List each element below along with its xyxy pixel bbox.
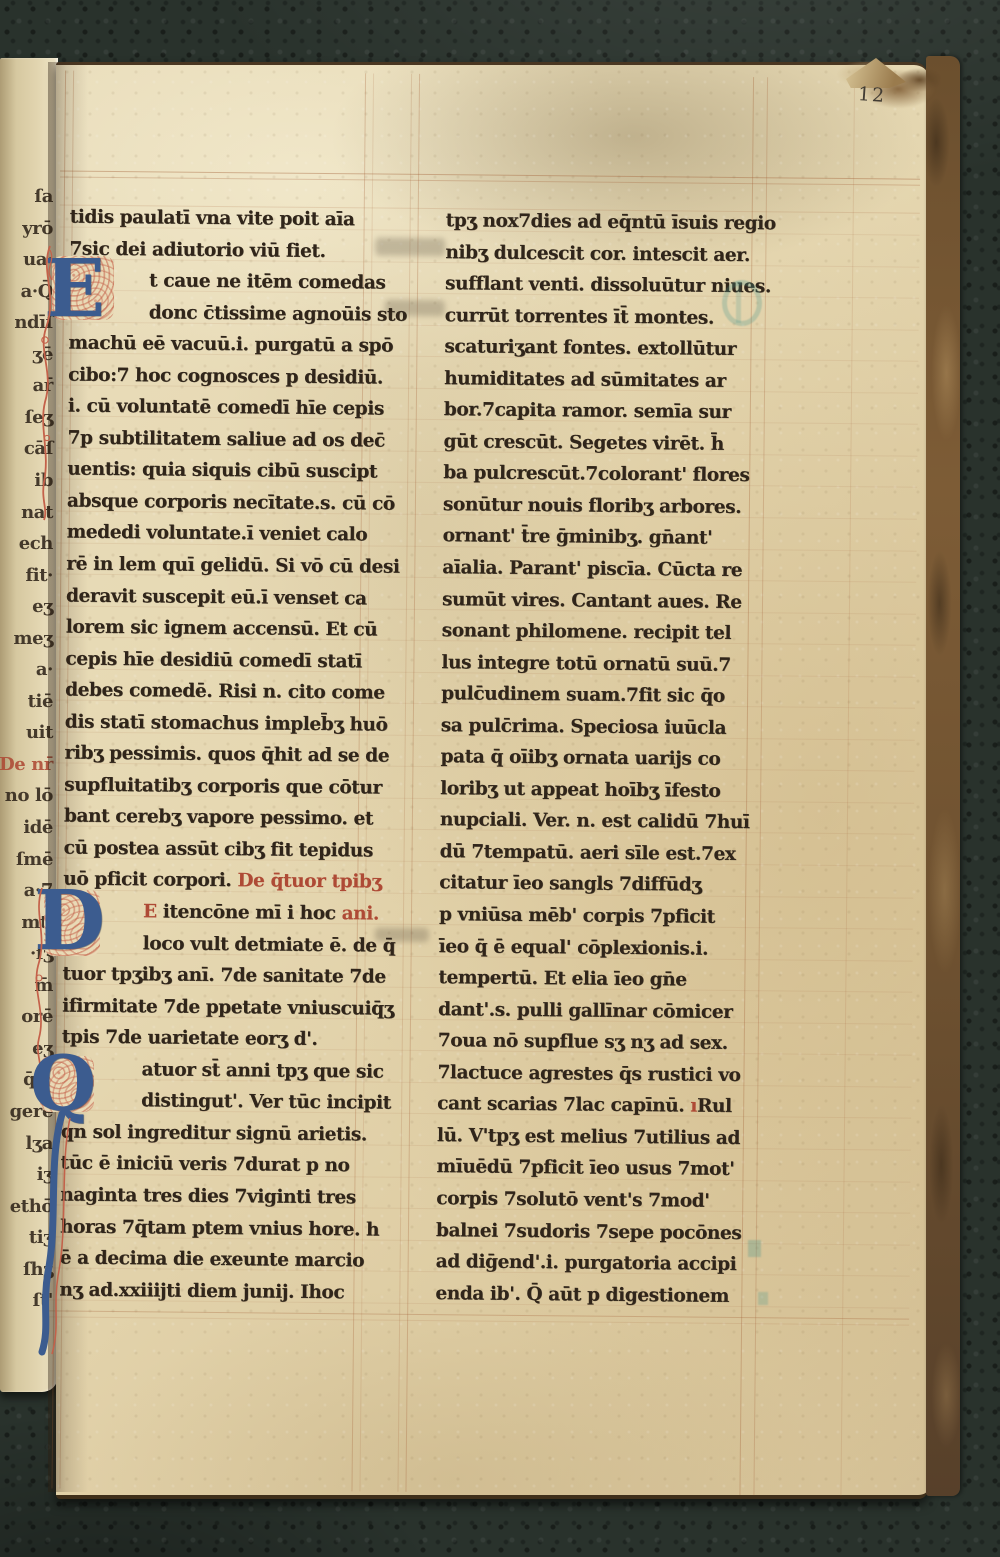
manuscript-text-line: naginta tres dies 7viginti tres xyxy=(60,1179,382,1214)
manuscript-text-line: ē a decima die exeunte marcio xyxy=(60,1243,382,1278)
text-column-right: tpʒ nox7dies ad eq̄ntū īsuis regionibʒ d… xyxy=(435,205,798,1312)
ink-text: ifirmitate 7de ppetate vniuscuiq̄ʒ xyxy=(62,995,394,1019)
ink-text: itencōne mī i hoc xyxy=(157,901,342,924)
ink-text: corpis 7solutō vent's 7mod' xyxy=(436,1188,709,1212)
manuscript-text-line: nupciali. Ver. n. est calidū 7huī xyxy=(440,805,792,840)
ink-text: nupciali. Ver. n. est calidū 7huī xyxy=(440,810,750,834)
ink-text: t caue ne itēm comedas xyxy=(149,270,386,293)
ink-text: ad diḡend'.i. purgatoria accipi xyxy=(436,1251,737,1275)
ink-text: dis statī stomachus impleb̄ʒ huō xyxy=(65,711,388,735)
ink-text: mededi voluntate.ī veniet calo xyxy=(67,522,368,546)
manuscript-text-line: tūc ē iniciū veris 7durat p no xyxy=(60,1148,382,1183)
manuscript-text-line: īeo q̄ ē equal' cōplexionis.i. xyxy=(439,931,791,966)
manuscript-text-line: tuor tpʒibʒ anī. 7de sanitate 7de xyxy=(62,959,384,994)
manuscript-text-line: supfluitatibʒ corporis que cōtur xyxy=(64,769,386,804)
manuscript-text-line: pulc̄udinem suam.7fit sic q̄o xyxy=(441,678,793,713)
ink-text: cant scarias 7lac capīnū. xyxy=(437,1093,690,1116)
ink-text: loribʒ ut appeat hoībʒ īfesto xyxy=(440,778,720,802)
manuscript-text-line: tempertū. Et elia īeo gn̄e xyxy=(438,962,790,997)
manuscript-text-line: sumūt vires. Cantant aues. Re xyxy=(442,584,794,619)
ink-text: īeo q̄ ē equal' cōplexionis.i. xyxy=(439,936,709,960)
ink-text: cibo:7 hoc cognosces p desidiū. xyxy=(68,364,383,388)
ink-text: nibʒ dulcescit cor. intescit aer. xyxy=(445,242,750,266)
ink-text: nʒ ad.xxiiijti diem junij. Ihoc xyxy=(59,1279,344,1303)
ink-text: supfluitatibʒ corporis que cōtur xyxy=(64,774,382,798)
ink-text: 7oua nō supflue sʒ nʒ ad sex. xyxy=(438,1030,728,1054)
manuscript-text-line: cibo:7 hoc cognosces p desidiū. xyxy=(68,359,390,394)
ink-text: naginta tres dies 7viginti tres xyxy=(60,1184,356,1208)
ink-text: loco vult detmiate ē. de q̄ xyxy=(143,933,396,956)
manuscript-text-line: tpʒ nox7dies ad eq̄ntū īsuis regio xyxy=(446,205,798,240)
manuscript-text-line: dū 7tempatū. aeri sīle est.7ex xyxy=(439,836,791,871)
manuscript-text-line: absque corporis necītate.s. cū cō xyxy=(67,485,389,520)
ink-text: cū postea assūt cibʒ fit tepidus xyxy=(64,837,373,861)
ink-text: gūt crescūt. Segetes virēt. h̄ xyxy=(443,431,723,455)
manuscript-text-line: mīuēdū 7pficit īeo usus 7mot' xyxy=(436,1152,788,1187)
manuscript-text-line: 7oua nō supflue sʒ nʒ ad sex. xyxy=(438,1025,790,1060)
manuscript-text-line: 7lactuce agrestes q̄s rustici vo xyxy=(437,1057,789,1092)
manuscript-text-line: cant scarias 7lac capīnū. ıRul xyxy=(437,1088,789,1123)
ink-text: ba pulcrescūt.7colorant' flores xyxy=(443,463,749,487)
ink-text: citatur īeo sangls 7diffūdʒ xyxy=(439,873,701,897)
manuscript-text-line: 7p subtilitatem saliue ad os dec̄ xyxy=(67,422,389,457)
ink-text: Rul xyxy=(697,1096,732,1117)
ink-text: horas 7q̄tam ptem vnius hore. h xyxy=(60,1216,379,1240)
ruled-line-vertical xyxy=(840,78,855,1496)
ink-text: absque corporis necītate.s. cū cō xyxy=(67,490,395,514)
manuscript-text-line: enda ib'. Q̄ aūt p digestionem xyxy=(435,1278,787,1313)
ink-text: bant cerebʒ vapore pessimo. et xyxy=(64,806,373,830)
ink-text: humiditates ad sūmitates ar xyxy=(444,368,726,392)
ink-text: p vniūsa mēb' corpis 7pficit xyxy=(439,904,715,928)
ink-text: uentis: quia siquis cibū suscipt xyxy=(67,459,377,483)
ink-text: dant'.s. pulli gallīnar cōmicer xyxy=(438,999,733,1023)
manuscript-text-line: gūt crescūt. Segetes virēt. h̄ xyxy=(443,426,795,461)
ink-text: ribʒ pessimis. quos q̄hit ad se de xyxy=(64,743,389,767)
ink-text: donc c̄tissime agnoūis sto xyxy=(149,302,407,325)
ink-text: tūc ē iniciū veris 7durat p no xyxy=(61,1153,350,1177)
ink-text: sa pulc̄rima. Speciosa iuūcla xyxy=(441,715,726,739)
manuscript-text-line: sa pulc̄rima. Speciosa iuūcla xyxy=(441,710,793,745)
manuscript-text-line: qn sol ingreditur signū arietis. xyxy=(61,1116,383,1151)
initial-q-tail xyxy=(34,1112,78,1362)
ink-text: deravit suscepit eū.ī venset ca xyxy=(66,585,367,609)
ink-text: tpʒ nox7dies ad eq̄ntū īsuis regio xyxy=(446,210,776,234)
ink-text: machū eē vacuū.i. purgatū a spō xyxy=(68,333,393,357)
ink-text: enda ib'. Q̄ aūt p digestionem xyxy=(435,1283,729,1307)
ink-text: debes comedē. Risi n. cito come xyxy=(65,680,385,704)
ink-text: 7lactuce agrestes q̄s rustici vo xyxy=(437,1062,740,1086)
manuscript-text-line: deravit suscepit eū.ī venset ca xyxy=(66,580,388,615)
ink-text: cepis hīe desidiū comedī statī xyxy=(65,648,362,672)
ink-text: tuor tpʒibʒ anī. 7de sanitate 7de xyxy=(62,964,386,988)
red-penwork-flourish xyxy=(36,242,66,522)
teal-mark xyxy=(748,1240,761,1257)
manuscript-text-line: humiditates ad sūmitates ar xyxy=(444,363,796,398)
ink-text: pulc̄udinem suam.7fit sic q̄o xyxy=(441,683,725,707)
manuscript-text-line: scaturiʒant fontes. extollūtur xyxy=(444,331,796,366)
rubric-text: E xyxy=(143,901,157,922)
parchment-page: tidis paulatī vna vite poit aīa7sic dei … xyxy=(56,62,928,1499)
manuscript-text-line: debes comedē. Risi n. cito come xyxy=(65,675,387,710)
ink-text: sumūt vires. Cantant aues. Re xyxy=(442,589,742,613)
manuscript-text-line: loribʒ ut appeat hoībʒ īfesto xyxy=(440,773,792,808)
ink-text: i. cū voluntatē comedī hīe cepis xyxy=(68,396,384,420)
illuminated-initial-Q: Q xyxy=(30,1046,96,1122)
rubric-text: ani. xyxy=(342,903,380,924)
ink-text: qn sol ingreditur signū arietis. xyxy=(61,1121,367,1145)
ink-text: ē a decima die exeunte marcio xyxy=(60,1248,365,1272)
ink-text: tidis paulatī vna vite poit aīa xyxy=(70,207,355,231)
ruled-line-vertical xyxy=(405,74,420,1492)
ink-text: distingut'. Ver tūc incipit xyxy=(141,1091,391,1114)
ink-text: mīuēdū 7pficit īeo usus 7mot' xyxy=(436,1157,734,1181)
manuscript-text-line: dant'.s. pulli gallīnar cōmicer xyxy=(438,994,790,1029)
fore-edge-page-stack xyxy=(894,64,928,1488)
manuscript-text-line: tpis 7de uarietate eorʒ d'. xyxy=(62,1022,384,1057)
teal-stamp-ghost xyxy=(722,280,762,326)
ink-text: 7p subtilitatem saliue ad os dec̄ xyxy=(67,427,385,451)
manuscript-text-line: sonūtur nouis floribʒ arbores. xyxy=(443,489,795,524)
ink-text: pata q̄ oīibʒ ornata uarijs co xyxy=(440,746,720,770)
ink-text: scaturiʒant fontes. extollūtur xyxy=(444,336,736,360)
manuscript-text-line: lū. V'tpʒ est melius 7utilius ad xyxy=(437,1120,789,1155)
manuscript-text-line: sonant philomene. recipit tel xyxy=(442,615,794,650)
ink-text: sonant philomene. recipit tel xyxy=(442,620,732,644)
facing-page-fragment: no lō xyxy=(5,785,53,806)
manuscript-text-line: t caue ne itēm comedas xyxy=(69,265,391,300)
page-content: tidis paulatī vna vite poit aīa7sic dei … xyxy=(43,64,929,1502)
ink-text: balnei 7sudoris 7sepe pocōnes xyxy=(436,1220,742,1244)
manuscript-text-line: bant cerebʒ vapore pessimo. et xyxy=(64,801,386,836)
manuscript-text-line: mededi voluntate.ī veniet calo xyxy=(67,517,389,552)
manuscript-text-line: distingut'. Ver tūc incipit xyxy=(61,1085,383,1120)
ink-text: tpis 7de uarietate eorʒ d'. xyxy=(62,1027,318,1050)
ink-text: lorem sic ignem accensū. Et cū xyxy=(66,617,378,641)
manuscript-text-line: atuor st̄ anni tpʒ que sic xyxy=(61,1053,383,1088)
ink-text: lū. V'tpʒ est melius 7utilius ad xyxy=(437,1125,740,1149)
manuscript-text-line: nʒ ad.xxiiijti diem junij. Ihoc xyxy=(59,1274,381,1309)
illuminated-initial-D: D xyxy=(34,880,105,962)
teal-mark xyxy=(758,1292,768,1305)
manuscript-photo: ſayrōua·a·Q̄ndīſʒēar̄ſeʒcāſibnatechfit·e… xyxy=(0,0,1000,1557)
manuscript-text-line: balnei 7sudoris 7sepe pocōnes xyxy=(436,1215,788,1250)
manuscript-text-line: 7sic dei adiutorio viū fiet. xyxy=(69,233,391,268)
manuscript-text-line: p vniūsa mēb' corpis 7pficit xyxy=(439,899,791,934)
manuscript-text-line: ribʒ pessimis. quos q̄hit ad se de xyxy=(64,738,386,773)
ink-text: ornant' t̄re ḡminibʒ. gn̄ant' xyxy=(443,526,713,550)
worn-binding-edge xyxy=(926,56,960,1496)
text-column-left: tidis paulatī vna vite poit aīa7sic dei … xyxy=(59,202,392,1309)
ink-text: tempertū. Et elia īeo gn̄e xyxy=(438,967,686,990)
manuscript-text-line: uō pficit corpori. De q̄tuor tpibʒ xyxy=(63,864,385,899)
illuminated-initial-E: E xyxy=(44,248,105,328)
facing-page-fragment: De nr̄ xyxy=(0,754,53,775)
folio-number: 12 xyxy=(857,83,887,107)
manuscript-text-line: E itencōne mī i hoc ani. xyxy=(63,896,385,931)
ruled-line-vertical xyxy=(397,74,412,1492)
ink-text: rē in lem quī gelidū. Si vō cū desi xyxy=(66,554,399,578)
manuscript-text-line: citatur īeo sangls 7diffūdʒ xyxy=(439,868,791,903)
ink-text: dū 7tempatū. aeri sīle est.7ex xyxy=(440,841,736,865)
manuscript-text-line: tidis paulatī vna vite poit aīa xyxy=(70,202,392,237)
ink-text: currūt torrentes īt̄ montes. xyxy=(445,305,714,329)
manuscript-text-line: loco vult detmiate ē. de q̄ xyxy=(63,927,385,962)
manuscript-text-line: nibʒ dulcescit cor. intescit aer. xyxy=(445,237,797,272)
manuscript-text-line: corpis 7solutō vent's 7mod' xyxy=(436,1183,788,1218)
ink-text: aīalia. Parant' piscīa. Cūcta re xyxy=(442,557,742,581)
manuscript-text-line: dis statī stomachus impleb̄ʒ huō xyxy=(65,706,387,741)
manuscript-text-line: aīalia. Parant' piscīa. Cūcta re xyxy=(442,552,794,587)
manuscript-text-line: ifirmitate 7de ppetate vniuscuiq̄ʒ xyxy=(62,990,384,1025)
manuscript-text-line: horas 7q̄tam ptem vnius hore. h xyxy=(60,1211,382,1246)
manuscript-text-line: ornant' t̄re ḡminibʒ. gn̄ant' xyxy=(442,521,794,556)
ink-text: sonūtur nouis floribʒ arbores. xyxy=(443,494,742,518)
manuscript-text-line: pata q̄ oīibʒ ornata uarijs co xyxy=(440,741,792,776)
manuscript-text-line: bor.7capita ramor. semīa sur xyxy=(444,394,796,429)
manuscript-text-line: ad diḡend'.i. purgatoria accipi xyxy=(436,1246,788,1281)
manuscript-text-line: donc c̄tissime agnoūis sto xyxy=(69,296,391,331)
manuscript-text-line: lus integre totū ornatū suū.7 xyxy=(441,647,793,682)
rubric-text: De q̄tuor tpibʒ xyxy=(237,871,381,893)
manuscript-text-line: cū postea assūt cibʒ fit tepidus xyxy=(63,832,385,867)
ink-text: atuor st̄ anni tpʒ que sic xyxy=(141,1059,383,1082)
manuscript-text-line: ba pulcrescūt.7colorant' flores xyxy=(443,458,795,493)
manuscript-text-line: rē in lem quī gelidū. Si vō cū desi xyxy=(66,549,388,584)
ink-text: sufflant venti. dissoluūtur niues. xyxy=(445,273,771,297)
ink-text: lus integre totū ornatū suū.7 xyxy=(441,652,731,676)
manuscript-text-line: i. cū voluntatē comedī hīe cepis xyxy=(68,391,390,426)
manuscript-text-line: machū eē vacuū.i. purgatū a spō xyxy=(68,328,390,363)
ink-text: bor.7capita ramor. semīa sur xyxy=(444,399,731,423)
initial-letter: Q xyxy=(30,1046,96,1122)
manuscript-text-line: uentis: quia siquis cibū suscipt xyxy=(67,454,389,489)
manuscript-text-line: lorem sic ignem accensū. Et cū xyxy=(66,612,388,647)
manuscript-text-line: cepis hīe desidiū comedī statī xyxy=(65,643,387,678)
